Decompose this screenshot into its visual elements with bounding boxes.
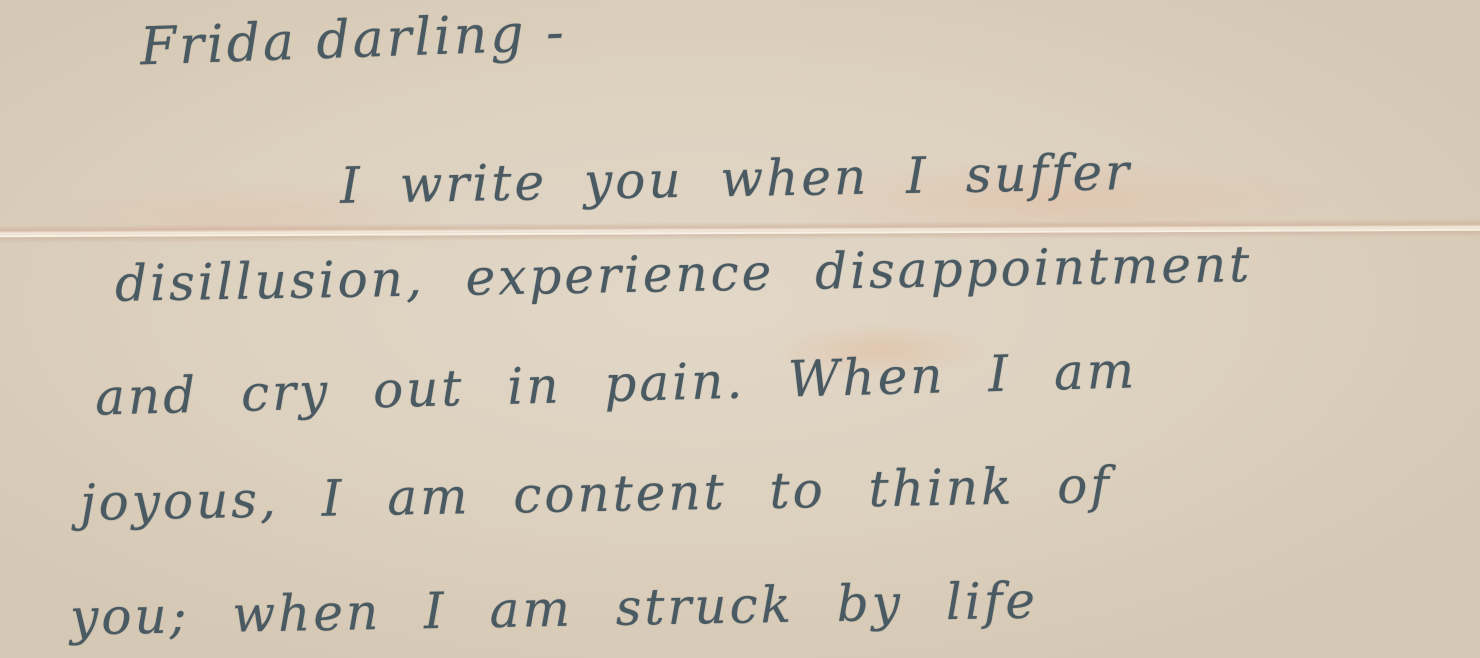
letter-line-1: I write you when I suffer [340,143,1133,215]
letter-line-3: and cry out in pain. When I am [94,341,1137,426]
letter-line-5: you; when I am struck by life [70,572,1039,647]
salutation-line: Frida darling - [139,3,568,78]
letter-page: Frida darling - I write you when I suffe… [0,0,1480,658]
letter-line-2: disillusion, experience disappointment [115,235,1253,313]
letter-line-4: joyous, I am content to think of [80,456,1113,532]
